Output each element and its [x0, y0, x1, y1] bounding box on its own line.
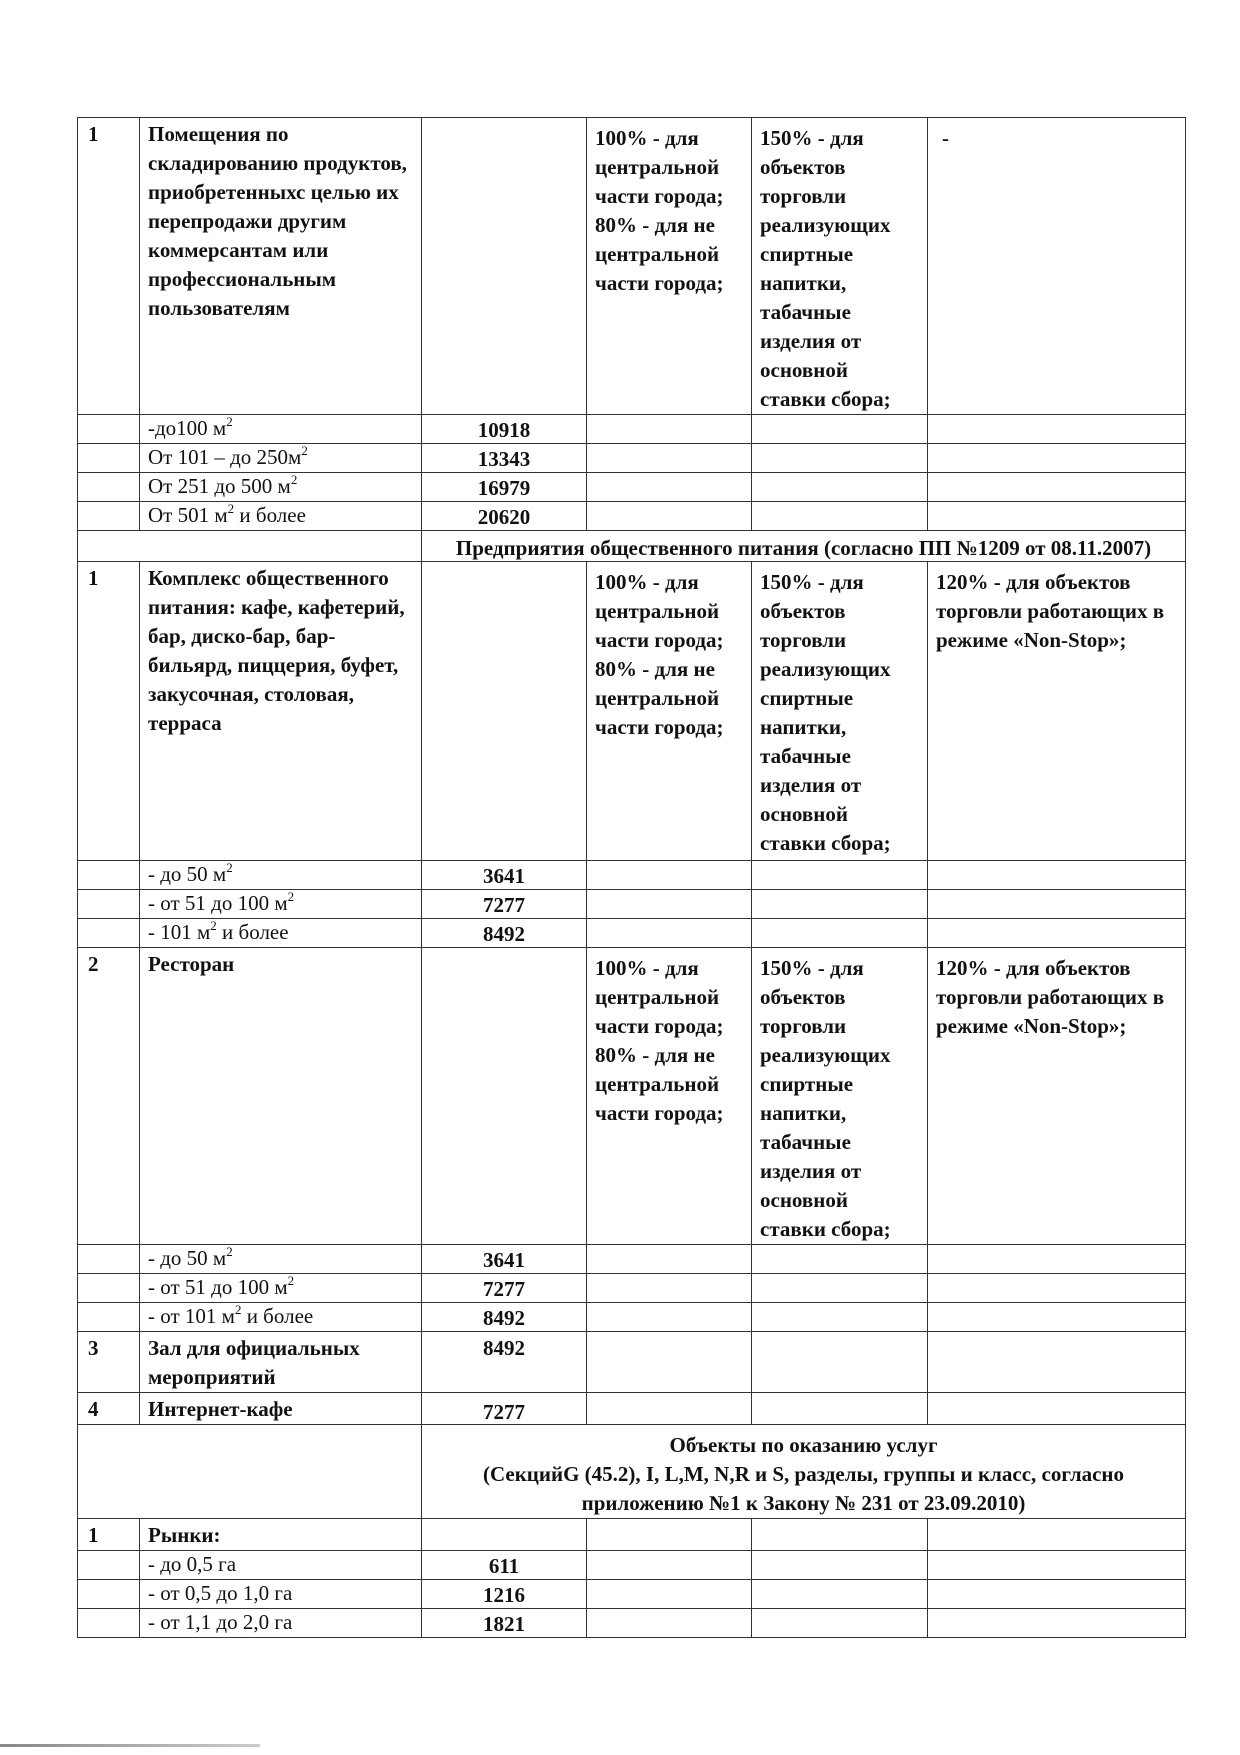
range-label: - 101 м2 и более — [140, 919, 422, 948]
empty-cell — [78, 473, 140, 502]
empty-cell — [587, 1332, 752, 1393]
table-row: - от 51 до 100 м27277 — [78, 1274, 1186, 1303]
empty-cell — [78, 444, 140, 473]
table-row-item: 1Рынки: — [78, 1519, 1186, 1551]
empty-cell — [78, 1551, 140, 1580]
empty-cell — [78, 890, 140, 919]
range-label: - от 101 м2 и более — [140, 1303, 422, 1332]
item-name: Интернет-кафе — [140, 1393, 422, 1425]
table-row: - от 0,5 до 1,0 га1216 — [78, 1580, 1186, 1609]
section-title-line: Объекты по оказанию услуг — [426, 1431, 1181, 1460]
item-number: 2 — [78, 948, 140, 1245]
table-row: - до 50 м23641 — [78, 861, 1186, 890]
rate-value: 20620 — [422, 502, 587, 531]
empty-cell — [928, 919, 1186, 948]
table-row: От 501 м2 и более20620 — [78, 502, 1186, 531]
empty-cell — [752, 1303, 928, 1332]
empty-cell — [78, 1609, 140, 1638]
item-number: 1 — [78, 118, 140, 415]
empty-cell — [78, 1245, 140, 1274]
scan-artifact — [0, 1744, 260, 1747]
empty-cell — [928, 861, 1186, 890]
item-number: 3 — [78, 1332, 140, 1393]
superscript: 2 — [291, 472, 298, 487]
empty-cell — [752, 444, 928, 473]
item-number: 4 — [78, 1393, 140, 1425]
item-name: Помещения по складированию продуктов, пр… — [140, 118, 422, 415]
empty-cell — [928, 444, 1186, 473]
table-row-item: 3Зал для официальных мероприятий8492 — [78, 1332, 1186, 1393]
empty-cell — [587, 415, 752, 444]
superscript: 2 — [235, 1302, 242, 1317]
empty-cell — [78, 502, 140, 531]
empty-cell — [752, 1332, 928, 1393]
item-name: Рынки: — [140, 1519, 422, 1551]
table-row: -до100 м210918 — [78, 415, 1186, 444]
table-row: - от 1,1 до 2,0 га1821 — [78, 1609, 1186, 1638]
modifier-nonstop: 120% - для объектов торговли работающих … — [928, 948, 1186, 1245]
rate-value — [422, 948, 587, 1245]
section-header-catering: Предприятия общественного питания (согла… — [78, 531, 1186, 562]
range-label: - до 0,5 га — [140, 1551, 422, 1580]
range-label: - до 50 м2 — [140, 861, 422, 890]
empty-cell — [587, 1609, 752, 1638]
empty-cell — [78, 1425, 422, 1519]
section-header-services: Объекты по оказанию услуг(СекцийG (45.2)… — [78, 1425, 1186, 1519]
empty-cell — [928, 1245, 1186, 1274]
empty-cell — [78, 415, 140, 444]
item-name: Зал для официальных мероприятий — [140, 1332, 422, 1393]
section-title: Предприятия общественного питания (согла… — [422, 531, 1186, 562]
range-label: От 501 м2 и более — [140, 502, 422, 531]
empty-cell — [587, 919, 752, 948]
range-label: - от 0,5 до 1,0 га — [140, 1580, 422, 1609]
superscript: 2 — [226, 1244, 233, 1259]
item-number: 1 — [78, 1519, 140, 1551]
empty-cell — [587, 890, 752, 919]
document-page: 1 Помещения по складированию продуктов, … — [77, 117, 1185, 1638]
fee-table: 1 Помещения по складированию продуктов, … — [77, 117, 1186, 1638]
rate-value: 611 — [422, 1551, 587, 1580]
table-row-warehouse: 1 Помещения по складированию продуктов, … — [78, 118, 1186, 415]
empty-cell — [928, 1609, 1186, 1638]
modifier-nonstop: - — [928, 118, 1186, 415]
empty-cell — [752, 1519, 928, 1551]
empty-cell — [78, 1303, 140, 1332]
rate-value: 16979 — [422, 473, 587, 502]
superscript: 2 — [226, 860, 233, 875]
range-label: - от 51 до 100 м2 — [140, 890, 422, 919]
empty-cell — [752, 890, 928, 919]
empty-cell — [752, 473, 928, 502]
empty-cell — [752, 1393, 928, 1425]
empty-cell — [928, 1332, 1186, 1393]
empty-cell — [752, 1274, 928, 1303]
table-row: - 101 м2 и более8492 — [78, 919, 1186, 948]
empty-cell — [752, 1609, 928, 1638]
rate-value: 7277 — [422, 1274, 587, 1303]
rate-value: 7277 — [422, 890, 587, 919]
table-row: - от 51 до 100 м27277 — [78, 890, 1186, 919]
empty-cell — [587, 1274, 752, 1303]
rate-value — [422, 118, 587, 415]
empty-cell — [752, 1551, 928, 1580]
range-label: От 251 до 500 м2 — [140, 473, 422, 502]
rate-value: 13343 — [422, 444, 587, 473]
superscript: 2 — [301, 443, 308, 458]
empty-cell — [752, 919, 928, 948]
table-row: От 251 до 500 м216979 — [78, 473, 1186, 502]
rate-value: 1216 — [422, 1580, 587, 1609]
item-name: Ресторан — [140, 948, 422, 1245]
empty-cell — [928, 1551, 1186, 1580]
empty-cell — [587, 861, 752, 890]
empty-cell — [928, 1303, 1186, 1332]
table-row-item: 2Ресторан100% - для центральной части го… — [78, 948, 1186, 1245]
empty-cell — [587, 1245, 752, 1274]
empty-cell — [928, 1519, 1186, 1551]
empty-cell — [78, 1274, 140, 1303]
empty-cell — [422, 1519, 587, 1551]
range-label: - до 50 м2 — [140, 1245, 422, 1274]
rate-value — [422, 562, 587, 861]
rate-value: 8492 — [422, 1332, 587, 1393]
modifier-nonstop: 120% - для объектов торговли работающих … — [928, 562, 1186, 861]
section-title: Объекты по оказанию услуг(СекцийG (45.2)… — [422, 1425, 1186, 1519]
rate-value: 7277 — [422, 1393, 587, 1425]
modifier-center: 100% - для центральной части города; 80%… — [587, 118, 752, 415]
rate-value: 10918 — [422, 415, 587, 444]
range-label: - от 51 до 100 м2 — [140, 1274, 422, 1303]
superscript: 2 — [288, 1273, 295, 1288]
empty-cell — [928, 1580, 1186, 1609]
empty-cell — [752, 1245, 928, 1274]
modifier-alcohol: 150% - для объектов торговли реализующих… — [752, 562, 928, 861]
empty-cell — [587, 444, 752, 473]
item-number: 1 — [78, 562, 140, 861]
table-row: - от 101 м2 и более8492 — [78, 1303, 1186, 1332]
empty-cell — [587, 473, 752, 502]
modifier-center: 100% - для центральной части города; 80%… — [587, 948, 752, 1245]
empty-cell — [752, 861, 928, 890]
empty-cell — [587, 1393, 752, 1425]
empty-cell — [928, 415, 1186, 444]
empty-cell — [752, 415, 928, 444]
empty-cell — [587, 1551, 752, 1580]
table-row: - до 0,5 га611 — [78, 1551, 1186, 1580]
section-subtitle: (СекцийG (45.2), I, L,M, N,R и S, раздел… — [426, 1460, 1181, 1518]
modifier-alcohol: 150% - для объектов торговли реализующих… — [752, 118, 928, 415]
modifier-center: 100% - для центральной части города; 80%… — [587, 562, 752, 861]
empty-cell — [928, 502, 1186, 531]
empty-cell — [928, 473, 1186, 502]
empty-cell — [78, 919, 140, 948]
empty-cell — [928, 890, 1186, 919]
empty-cell — [752, 1580, 928, 1609]
table-row-item: 4Интернет-кафе7277 — [78, 1393, 1186, 1425]
range-label: - от 1,1 до 2,0 га — [140, 1609, 422, 1638]
table-row: - до 50 м23641 — [78, 1245, 1186, 1274]
table-row-item: 1Комплекс общественного питания: кафе, к… — [78, 562, 1186, 861]
rate-value: 3641 — [422, 861, 587, 890]
item-name: Комплекс общественного питания: кафе, ка… — [140, 562, 422, 861]
superscript: 2 — [226, 414, 233, 429]
range-label: От 101 – до 250м2 — [140, 444, 422, 473]
empty-cell — [587, 1519, 752, 1551]
empty-cell — [928, 1274, 1186, 1303]
empty-cell — [752, 502, 928, 531]
superscript: 2 — [288, 889, 295, 904]
modifier-alcohol: 150% - для объектов торговли реализующих… — [752, 948, 928, 1245]
superscript: 2 — [228, 501, 235, 516]
rate-value: 3641 — [422, 1245, 587, 1274]
superscript: 2 — [210, 918, 217, 933]
empty-cell — [587, 1580, 752, 1609]
empty-cell — [78, 861, 140, 890]
rate-value: 8492 — [422, 1303, 587, 1332]
empty-cell — [78, 1580, 140, 1609]
empty-cell — [587, 1303, 752, 1332]
empty-cell — [78, 531, 422, 562]
rate-value: 1821 — [422, 1609, 587, 1638]
empty-cell — [587, 502, 752, 531]
empty-cell — [928, 1393, 1186, 1425]
range-label: -до100 м2 — [140, 415, 422, 444]
rate-value: 8492 — [422, 919, 587, 948]
table-row: От 101 – до 250м213343 — [78, 444, 1186, 473]
